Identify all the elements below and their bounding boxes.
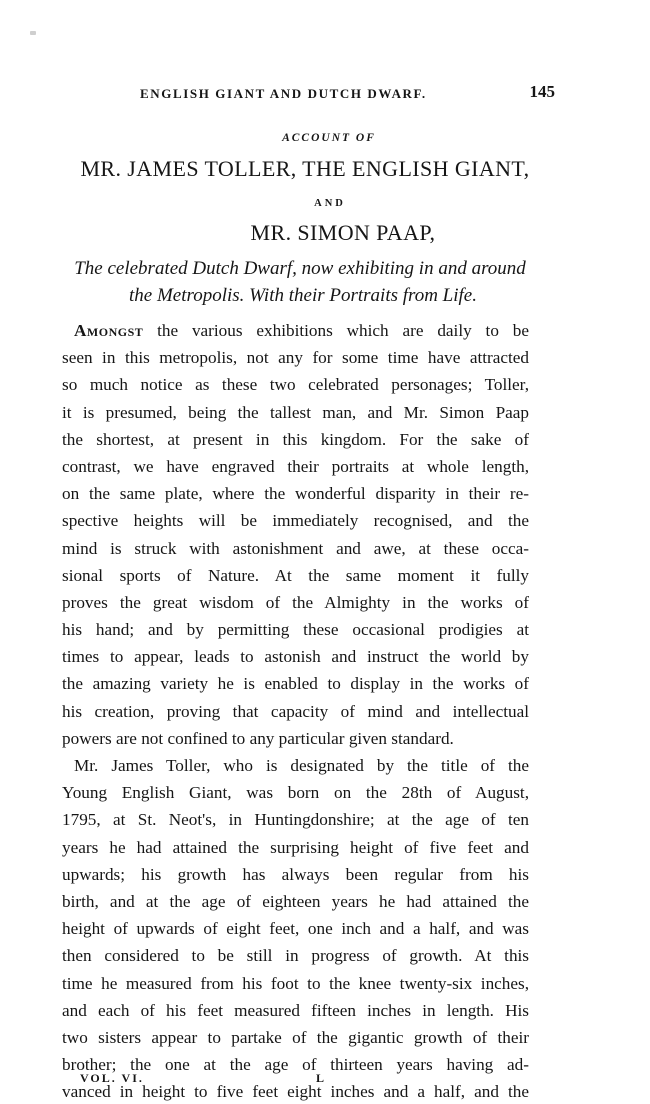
article-subtitle-line-2: the Metropolis. With their Portraits fro… [0,285,650,307]
body-line: so much notice as these two celebrated p… [62,371,529,398]
body-line: his hand; and by permitting these occasi… [62,616,529,643]
body-line: powers are not confined to any particula… [62,725,529,752]
body-text: Amongst the various exhibitions which ar… [62,317,529,1104]
body-line: proves the great wisdom of the Almighty … [62,589,529,616]
article-subtitle-line-1: The celebrated Dutch Dwarf, now exhibiti… [0,258,650,280]
body-line: then considered to be still in progress … [62,942,529,969]
drop-word: Amongst [74,321,143,340]
body-line: upwards; his growth has always been regu… [62,861,529,888]
volume-label: VOL. VI. [80,1071,144,1086]
article-title-line-2: MR. SIMON PAAP, [0,220,650,246]
running-title: ENGLISH GIANT AND DUTCH DWARF. [140,86,427,102]
signature-mark: L [316,1071,324,1086]
paper-speck [30,31,36,35]
body-line: 1795, at St. Neot's, in Huntingdonshire;… [62,806,529,833]
body-line: sional sports of Nature. At the same mom… [62,562,529,589]
running-head: ENGLISH GIANT AND DUTCH DWARF. 145 [140,82,555,104]
body-line: on the same plate, where the wonderful d… [62,480,529,507]
body-line: his creation, proving that capacity of m… [62,698,529,725]
body-line: Young English Giant, was born on the 28t… [62,779,529,806]
article-kicker: ACCOUNT OF [0,132,650,144]
body-line: height of upwards of eight feet, one inc… [62,915,529,942]
body-line: and each of his feet measured fifteen in… [62,997,529,1024]
body-line: time he measured from his foot to the kn… [62,970,529,997]
body-line: the shortest, at present in this kingdom… [62,426,529,453]
page-footer: VOL. VI. L [80,1071,380,1091]
body-line: contrast, we have engraved their portrai… [62,453,529,480]
article-title-conjunction: AND [0,198,650,209]
body-line: it is presumed, being the tallest man, a… [62,399,529,426]
body-line: spective heights will be immediately rec… [62,507,529,534]
body-line: mind is struck with astonishment and awe… [62,535,529,562]
body-line: two sisters appear to partake of the gig… [62,1024,529,1051]
body-line: seen in this metropolis, not any for som… [62,344,529,371]
body-line: Amongst the various exhibitions which ar… [62,317,529,344]
body-line: years he had attained the surprising hei… [62,834,529,861]
body-line: times to appear, leads to astonish and i… [62,643,529,670]
page-number: 145 [530,82,556,102]
body-line: the amazing variety he is enabled to dis… [62,670,529,697]
article-title-line-1: MR. JAMES TOLLER, THE ENGLISH GIANT, [0,156,650,182]
body-line: Mr. James Toller, who is designated by t… [62,752,529,779]
body-line: birth, and at the age of eighteen years … [62,888,529,915]
